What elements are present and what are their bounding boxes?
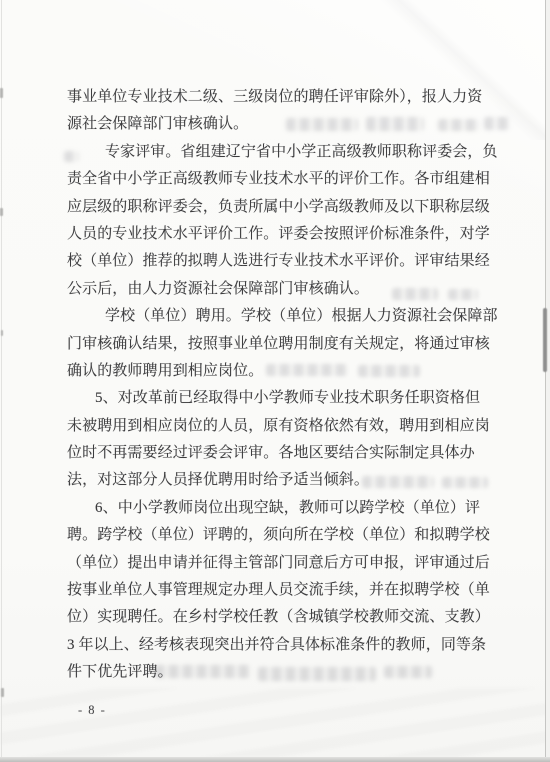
text-line: 聘。跨学校（单位）评聘的，须向所在学校（单位）和拟聘学校 (67, 522, 507, 549)
text-line: 6、中小学教师岗位出现空缺，教师可以跨学校（单位）评 (67, 495, 507, 522)
scan-streaks (0, 688, 550, 758)
scan-edge-bottom (0, 757, 550, 762)
scan-speck (1, 330, 3, 336)
text-line: 学校（单位）聘用。学校（单位）根据人力资源社会保障部 (67, 303, 507, 330)
scan-speck (0, 208, 3, 216)
text-line: 件下优先评聘。 (67, 659, 507, 686)
text-line: 校（单位）推荐的拟聘人选进行专业技术水平评价。评审结果经 (67, 248, 507, 275)
text-line: 应层级的职称评委会，负责所属中小学高级教师及以下职称层级 (67, 194, 507, 221)
text-line: 公示后，由人力资源社会保障部门审核确认。 (67, 276, 507, 303)
text-line: 位）实现聘任。在乡村学校任教（含城镇学校教师交流、支教） (67, 604, 507, 631)
body-text: 事业单位专业技术二级、三级岗位的聘任评审除外），报人力资 源社会保障部门审核确认… (67, 84, 507, 687)
text-line: 事业单位专业技术二级、三级岗位的聘任评审除外），报人力资 (67, 84, 507, 111)
scan-edge-right-paper (546, 0, 550, 762)
text-line: 法，对这部分人员择优聘用时给予适当倾斜。 (67, 467, 507, 494)
text-line: 5、对改革前已经取得中小学教师专业技术职务任职资格但 (67, 385, 507, 412)
text-line: 源社会保障部门审核确认。 (67, 111, 507, 138)
scan-edge-left-line (1, 0, 2, 762)
scan-edge-right-dark-segment (543, 308, 547, 372)
text-line: 按事业单位人事管理规定办理人员交流手续，并在拟聘学校（单 (67, 577, 507, 604)
page-number: - 8 - (78, 703, 106, 718)
text-line: 未被聘用到相应岗位的人员，原有资格依然有效，聘用到相应岗 (67, 413, 507, 440)
scan-edge-right-line (545, 0, 546, 762)
text-line: （单位）提出申请并征得主管部门同意后方可申报，评审通过后 (67, 550, 507, 577)
text-line: 位时不再需要经过评委会评审。各地区要结合实际制定具体办 (67, 440, 507, 467)
scan-speck (1, 688, 4, 697)
scanned-document-page: 事业单位专业技术二级、三级岗位的聘任评审除外），报人力资 源社会保障部门审核确认… (0, 0, 550, 762)
text-line: 责全省中小学正高级教师专业技术水平的评价工作。各市组建相 (67, 166, 507, 193)
text-line: 3 年以上、经考核表现突出并符合具体标准条件的教师，同等条 (67, 632, 507, 659)
text-line: 人员的专业技术水平评价工作。评委会按照评价标准条件，对学 (67, 221, 507, 248)
scan-speck (0, 88, 3, 98)
text-line: 确认的教师聘用到相应岗位。 (67, 358, 507, 385)
text-line: 门审核确认结果，按照事业单位聘用制度有关规定，将通过审核 (67, 331, 507, 358)
text-line: 专家评审。省组建辽宁省中小学正高级教师职称评委会，负 (67, 139, 507, 166)
